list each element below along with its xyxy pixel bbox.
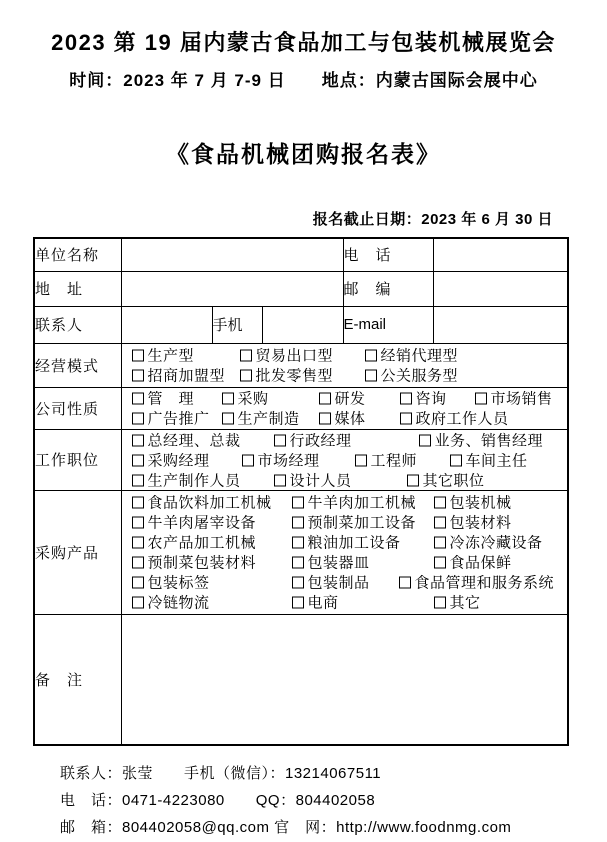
checkbox-label: 公关服务型	[381, 368, 459, 385]
purchase-products-label: 采购产品	[34, 490, 121, 614]
job-position-label: 工作职位	[34, 429, 121, 490]
checkbox-option[interactable]: 粮油加工设备	[292, 532, 401, 553]
checkbox-icon	[222, 393, 234, 405]
checkbox-label: 总经理、总裁	[148, 432, 241, 449]
checkbox-icon	[319, 393, 331, 405]
company-nature-label: 公司性质	[34, 387, 121, 429]
phone-field[interactable]	[433, 238, 568, 271]
checkbox-icon	[274, 474, 286, 486]
checkbox-icon	[242, 454, 254, 466]
checkbox-label: 招商加盟型	[148, 368, 226, 385]
checkbox-label: 管 理	[148, 391, 195, 408]
checkbox-line: 冷链物流电商其它	[122, 592, 568, 612]
checkbox-label: 采购	[238, 391, 269, 408]
checkbox-icon	[132, 497, 144, 509]
checkbox-icon	[400, 413, 412, 425]
checkbox-line: 管 理采购研发咨询市场销售	[122, 388, 568, 408]
checkbox-icon	[355, 454, 367, 466]
zip-field[interactable]	[433, 271, 568, 306]
checkbox-label: 设计人员	[290, 472, 352, 489]
checkbox-label: 批发零售型	[256, 368, 334, 385]
checkbox-line: 食品饮料加工机械牛羊肉加工机械包装机械	[122, 492, 568, 512]
checkbox-label: 农产品加工机械	[148, 535, 257, 552]
checkbox-option[interactable]: 食品管理和服务系统	[399, 572, 555, 593]
checkbox-label: 生产制造	[238, 411, 300, 428]
checkbox-option[interactable]: 咨询	[400, 388, 447, 409]
checkbox-option[interactable]: 冷链物流	[132, 592, 210, 613]
checkbox-icon	[292, 517, 304, 529]
checkbox-icon	[434, 537, 446, 549]
checkbox-icon	[434, 517, 446, 529]
checkbox-icon	[365, 370, 377, 382]
checkbox-option[interactable]: 包装标签	[132, 572, 210, 593]
checkbox-option[interactable]: 生产制造	[222, 408, 300, 429]
checkbox-option[interactable]: 研发	[319, 388, 366, 409]
checkbox-label: 预制菜加工设备	[308, 515, 417, 532]
checkbox-label: 行政经理	[290, 432, 352, 449]
checkbox-label: 生产型	[148, 348, 195, 365]
checkbox-line: 生产制作人员设计人员其它职位	[122, 470, 568, 490]
checkbox-label: 包装材料	[450, 515, 512, 532]
footer-contact-info: 联系人：张莹 手机（微信）：13214067511 电 话：0471-42230…	[60, 760, 511, 841]
checkbox-label: 食品饮料加工机械	[148, 495, 272, 512]
checkbox-option[interactable]: 牛羊肉加工机械	[292, 492, 417, 513]
event-time-location: 时间：2023 年 7 月 7-9 日 地点：内蒙古国际会展中心	[0, 66, 607, 91]
table-row: 备 注	[34, 614, 568, 745]
checkbox-option[interactable]: 预制菜包装材料	[132, 552, 257, 573]
checkbox-icon	[292, 577, 304, 589]
table-row: 公司性质 管 理采购研发咨询市场销售广告推广生产制造媒体政府工作人员	[34, 387, 568, 429]
checkbox-icon	[132, 577, 144, 589]
checkbox-label: 媒体	[335, 411, 366, 428]
checkbox-option[interactable]: 包装器皿	[292, 552, 370, 573]
job-position-options: 总经理、总裁行政经理业务、销售经理采购经理市场经理工程师车间主任生产制作人员设计…	[121, 429, 568, 490]
checkbox-option[interactable]: 贸易出口型	[240, 345, 334, 366]
company-name-label: 单位名称	[34, 238, 121, 271]
checkbox-label: 其它	[450, 595, 481, 612]
checkbox-option[interactable]: 其它职位	[407, 469, 485, 490]
checkbox-icon	[274, 434, 286, 446]
checkbox-label: 包装制品	[308, 575, 370, 592]
remarks-label: 备 注	[34, 614, 121, 745]
form-title: 《食品机械团购报名表》	[0, 136, 607, 169]
checkbox-option[interactable]: 冷冻冷藏设备	[434, 532, 543, 553]
checkbox-option[interactable]: 市场销售	[475, 388, 553, 409]
checkbox-label: 经销代理型	[381, 348, 459, 365]
email-label: E-mail	[343, 306, 433, 343]
checkbox-option[interactable]: 政府工作人员	[400, 408, 509, 429]
checkbox-option[interactable]: 行政经理	[274, 429, 352, 450]
checkbox-icon	[132, 537, 144, 549]
table-row: 经营模式 生产型贸易出口型经销代理型招商加盟型批发零售型公关服务型	[34, 343, 568, 387]
checkbox-icon	[434, 497, 446, 509]
checkbox-label: 政府工作人员	[416, 411, 509, 428]
checkbox-label: 生产制作人员	[148, 472, 241, 489]
checkbox-option[interactable]: 食品保鲜	[434, 552, 512, 573]
deadline-note: 报名截止日期：2023 年 6 月 30 日	[313, 208, 553, 229]
checkbox-label: 研发	[335, 391, 366, 408]
checkbox-option[interactable]: 媒体	[319, 408, 366, 429]
checkbox-option[interactable]: 车间主任	[450, 449, 528, 470]
checkbox-icon	[132, 454, 144, 466]
checkbox-label: 广告推广	[148, 411, 210, 428]
checkbox-label: 包装标签	[148, 575, 210, 592]
business-mode-label: 经营模式	[34, 343, 121, 387]
checkbox-icon	[132, 434, 144, 446]
checkbox-option[interactable]: 公关服务型	[365, 365, 459, 386]
checkbox-option[interactable]: 包装制品	[292, 572, 370, 593]
checkbox-label: 食品保鲜	[450, 555, 512, 572]
checkbox-icon	[132, 557, 144, 569]
checkbox-icon	[434, 557, 446, 569]
contact-field[interactable]	[121, 306, 212, 343]
checkbox-label: 市场经理	[258, 452, 320, 469]
checkbox-option[interactable]: 牛羊肉屠宰设备	[132, 512, 257, 533]
checkbox-icon	[292, 557, 304, 569]
checkbox-icon	[292, 497, 304, 509]
checkbox-option[interactable]: 采购经理	[132, 449, 210, 470]
checkbox-line: 农产品加工机械粮油加工设备冷冻冷藏设备	[122, 532, 568, 552]
checkbox-option[interactable]: 广告推广	[132, 408, 210, 429]
table-row: 单位名称 电 话	[34, 238, 568, 271]
mobile-label: 手机	[212, 306, 262, 343]
checkbox-option[interactable]: 农产品加工机械	[132, 532, 257, 553]
mobile-field[interactable]	[262, 306, 343, 343]
checkbox-label: 贸易出口型	[256, 348, 334, 365]
checkbox-option[interactable]: 包装材料	[434, 512, 512, 533]
address-field[interactable]	[121, 271, 343, 306]
checkbox-option[interactable]: 招商加盟型	[132, 365, 226, 386]
footer-line-phone-qq: 电 话：0471-4223080 QQ：804402058	[60, 787, 511, 814]
zip-label: 邮 编	[343, 271, 433, 306]
checkbox-label: 食品管理和服务系统	[415, 575, 555, 592]
checkbox-line: 广告推广生产制造媒体政府工作人员	[122, 408, 568, 428]
checkbox-icon	[365, 350, 377, 362]
checkbox-label: 粮油加工设备	[308, 535, 401, 552]
checkbox-icon	[292, 537, 304, 549]
checkbox-icon	[132, 393, 144, 405]
checkbox-label: 业务、销售经理	[435, 432, 544, 449]
remarks-field[interactable]	[121, 614, 568, 745]
phone-label: 电 话	[343, 238, 433, 271]
table-row: 联系人 手机 E-mail	[34, 306, 568, 343]
checkbox-icon	[132, 350, 144, 362]
checkbox-label: 预制菜包装材料	[148, 555, 257, 572]
page-title: 2023 第 19 届内蒙古食品加工与包装机械展览会	[0, 26, 607, 57]
checkbox-option[interactable]: 业务、销售经理	[419, 429, 544, 450]
checkbox-icon	[407, 474, 419, 486]
checkbox-line: 采购经理市场经理工程师车间主任	[122, 450, 568, 470]
checkbox-option[interactable]: 包装机械	[434, 492, 512, 513]
checkbox-line: 生产型贸易出口型经销代理型	[122, 345, 568, 365]
checkbox-option[interactable]: 其它	[434, 592, 481, 613]
company-nature-options: 管 理采购研发咨询市场销售广告推广生产制造媒体政府工作人员	[121, 387, 568, 429]
checkbox-label: 市场销售	[491, 391, 553, 408]
checkbox-label: 冷链物流	[148, 595, 210, 612]
checkbox-icon	[240, 370, 252, 382]
checkbox-label: 包装机械	[450, 495, 512, 512]
table-row: 地 址 邮 编	[34, 271, 568, 306]
checkbox-icon	[132, 370, 144, 382]
email-field[interactable]	[433, 306, 568, 343]
checkbox-icon	[222, 413, 234, 425]
checkbox-icon	[319, 413, 331, 425]
purchase-products-options: 食品饮料加工机械牛羊肉加工机械包装机械牛羊肉屠宰设备预制菜加工设备包装材料农产品…	[121, 490, 568, 614]
footer-line-contact: 联系人：张莹 手机（微信）：13214067511	[60, 760, 511, 787]
checkbox-line: 预制菜包装材料包装器皿食品保鲜	[122, 552, 568, 572]
checkbox-option[interactable]: 食品饮料加工机械	[132, 492, 272, 513]
checkbox-icon	[419, 434, 431, 446]
footer-line-email-website: 邮 箱：804402058@qq.com 官 网：http://www.food…	[60, 814, 511, 841]
checkbox-icon	[292, 597, 304, 609]
checkbox-label: 冷冻冷藏设备	[450, 535, 543, 552]
business-mode-options: 生产型贸易出口型经销代理型招商加盟型批发零售型公关服务型	[121, 343, 568, 387]
checkbox-icon	[434, 597, 446, 609]
checkbox-label: 其它职位	[423, 472, 485, 489]
checkbox-option[interactable]: 生产型	[132, 345, 195, 366]
checkbox-icon	[240, 350, 252, 362]
registration-table: 单位名称 电 话 地 址 邮 编 联系人 手机 E-mail 经营模式 生产型贸…	[33, 237, 569, 746]
checkbox-icon	[450, 454, 462, 466]
checkbox-label: 包装器皿	[308, 555, 370, 572]
checkbox-option[interactable]: 管 理	[132, 388, 195, 409]
checkbox-label: 咨询	[416, 391, 447, 408]
checkbox-option[interactable]: 市场经理	[242, 449, 320, 470]
company-name-field[interactable]	[121, 238, 343, 271]
table-row: 采购产品 食品饮料加工机械牛羊肉加工机械包装机械牛羊肉屠宰设备预制菜加工设备包装…	[34, 490, 568, 614]
table-row: 工作职位 总经理、总裁行政经理业务、销售经理采购经理市场经理工程师车间主任生产制…	[34, 429, 568, 490]
checkbox-option[interactable]: 批发零售型	[240, 365, 334, 386]
checkbox-option[interactable]: 生产制作人员	[132, 469, 241, 490]
checkbox-label: 采购经理	[148, 452, 210, 469]
contact-label: 联系人	[34, 306, 121, 343]
form-page: 2023 第 19 届内蒙古食品加工与包装机械展览会 时间：2023 年 7 月…	[0, 0, 607, 842]
checkbox-icon	[132, 413, 144, 425]
checkbox-label: 电商	[308, 595, 339, 612]
checkbox-label: 牛羊肉加工机械	[308, 495, 417, 512]
checkbox-icon	[475, 393, 487, 405]
checkbox-option[interactable]: 工程师	[355, 449, 418, 470]
checkbox-option[interactable]: 总经理、总裁	[132, 429, 241, 450]
checkbox-icon	[132, 517, 144, 529]
checkbox-option[interactable]: 采购	[222, 388, 269, 409]
checkbox-option[interactable]: 设计人员	[274, 469, 352, 490]
checkbox-icon	[399, 577, 411, 589]
checkbox-icon	[132, 597, 144, 609]
checkbox-label: 车间主任	[466, 452, 528, 469]
checkbox-option[interactable]: 电商	[292, 592, 339, 613]
checkbox-line: 包装标签包装制品食品管理和服务系统	[122, 572, 568, 592]
checkbox-label: 牛羊肉屠宰设备	[148, 515, 257, 532]
checkbox-line: 总经理、总裁行政经理业务、销售经理	[122, 430, 568, 450]
address-label: 地 址	[34, 271, 121, 306]
checkbox-line: 牛羊肉屠宰设备预制菜加工设备包装材料	[122, 512, 568, 532]
checkbox-label: 工程师	[371, 452, 418, 469]
checkbox-option[interactable]: 预制菜加工设备	[292, 512, 417, 533]
checkbox-option[interactable]: 经销代理型	[365, 345, 459, 366]
checkbox-icon	[400, 393, 412, 405]
checkbox-line: 招商加盟型批发零售型公关服务型	[122, 365, 568, 385]
checkbox-icon	[132, 474, 144, 486]
